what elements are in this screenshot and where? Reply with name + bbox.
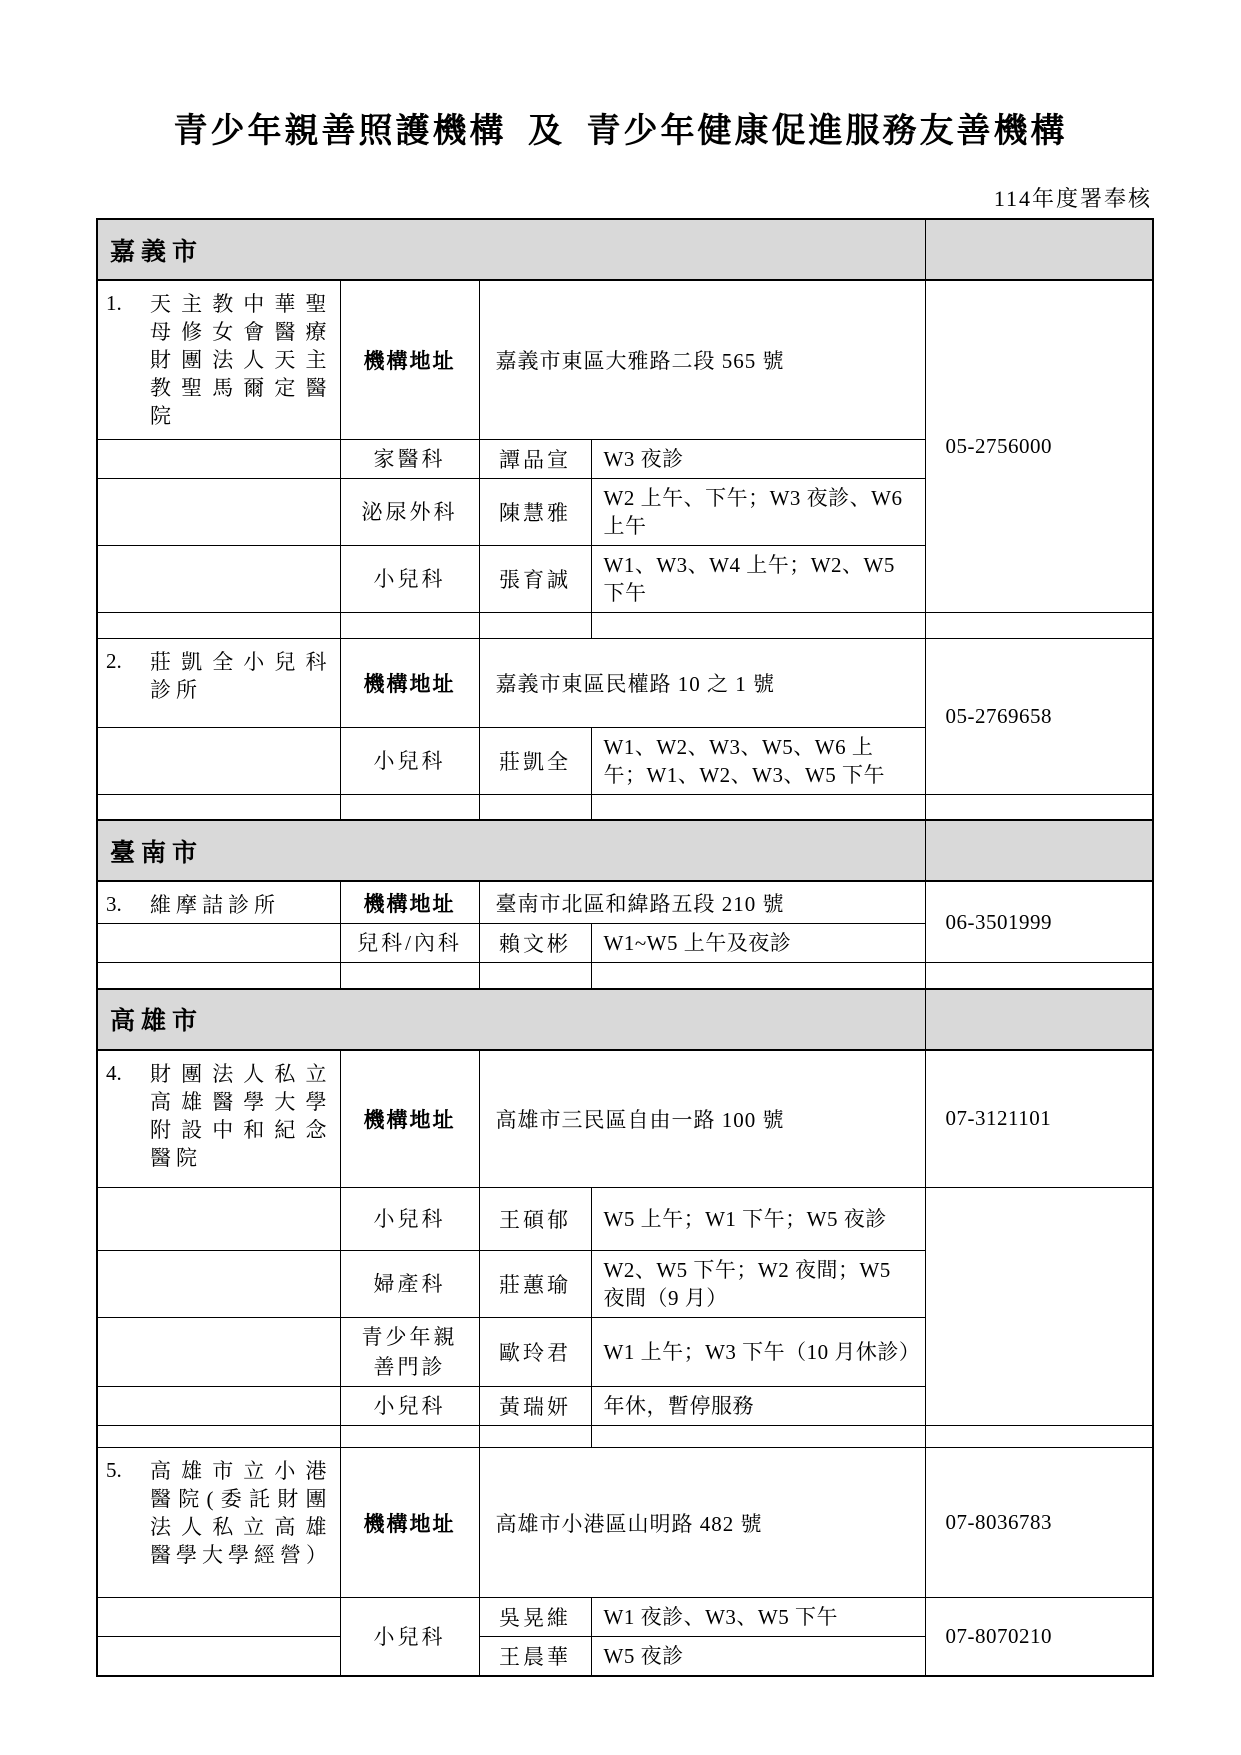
empty-cell [97,1251,340,1318]
empty-cell [591,963,925,989]
address-label-cell: 機構地址 [340,280,479,439]
doctor-cell: 譚品宣 [479,439,591,478]
department-cell: 兒科/內科 [340,924,479,963]
institution-name: 莊凱全小兒科診所 [150,648,334,704]
department-cell: 小兒科 [340,545,479,612]
empty-cell [97,612,340,638]
schedule-cell: W5 上午；W1 下午；W5 夜診 [591,1188,925,1251]
institution-number: 1. [106,290,150,430]
section-header-cell [925,820,1153,881]
doctor-cell: 莊蕙瑜 [479,1251,591,1318]
section-header-cell: 臺南市 [97,820,925,881]
empty-cell [97,924,340,963]
empty-cell [925,612,1153,638]
address-label-cell: 機構地址 [340,638,479,727]
doctor-cell: 陳慧雅 [479,478,591,545]
doctor-cell: 吳晃維 [479,1598,591,1637]
section-header-cell: 嘉義市 [97,219,925,280]
address-cell: 嘉義市東區大雅路二段 565 號 [479,280,925,439]
empty-cell [479,612,591,638]
empty-cell [97,545,340,612]
department-cell: 婦產科 [340,1251,479,1318]
empty-cell [97,727,340,794]
section-header-cell [925,989,1153,1050]
institution-number: 4. [106,1060,150,1172]
empty-cell [97,1426,340,1448]
empty-cell [591,794,925,820]
empty-cell [97,963,340,989]
institution-name: 財團法人私立高雄醫學大學附設中和紀念醫院 [150,1060,334,1172]
doctor-cell: 賴文彬 [479,924,591,963]
empty-cell [97,1188,340,1251]
doctor-cell: 黃瑞妍 [479,1387,591,1426]
institution-number: 5. [106,1457,150,1569]
empty-cell [925,963,1153,989]
schedule-cell: W2、W5 下午；W2 夜間；W5 夜間（9 月） [591,1251,925,1318]
schedule-cell: W1~W5 上午及夜診 [591,924,925,963]
phone-cell: 05-2756000 [925,280,1153,612]
empty-cell [340,612,479,638]
department-cell: 小兒科 [340,727,479,794]
address-label-cell: 機構地址 [340,1448,479,1598]
phone-cell [925,1188,1153,1426]
doctor-cell: 歐玲君 [479,1318,591,1387]
address-cell: 臺南市北區和緯路五段 210 號 [479,881,925,924]
phone-cell: 07-8036783 [925,1448,1153,1598]
empty-cell [97,1387,340,1426]
address-label-cell: 機構地址 [340,881,479,924]
institution-name-cell: 4.財團法人私立高雄醫學大學附設中和紀念醫院 [97,1050,340,1188]
institution-number: 2. [106,648,150,704]
empty-cell [97,478,340,545]
institution-name-cell: 2.莊凱全小兒科診所 [97,638,340,727]
address-label-cell: 機構地址 [340,1050,479,1188]
approval-note: 114年度署奉核 [994,182,1152,213]
table-body: 嘉義市1.天主教中華聖母修女會醫療財團法人天主教聖馬爾定醫院機構地址嘉義市東區大… [97,219,1153,1676]
institution-name: 高雄市立小港醫院(委託財團法人私立高雄醫學大學經營） [150,1457,334,1569]
schedule-cell: W5 夜診 [591,1637,925,1677]
department-cell: 家醫科 [340,439,479,478]
institution-name: 維摩詰診所 [150,891,334,919]
doctor-cell: 王晨華 [479,1637,591,1677]
schedule-cell: W1、W3、W4 上午；W2、W5 下午 [591,545,925,612]
empty-cell [340,794,479,820]
doctor-cell: 莊凱全 [479,727,591,794]
schedule-cell: W1 夜診、W3、W5 下午 [591,1598,925,1637]
empty-cell [925,1426,1153,1448]
empty-cell [479,1426,591,1448]
empty-cell [479,794,591,820]
empty-cell [479,963,591,989]
phone-cell: 06-3501999 [925,881,1153,963]
empty-cell [97,1598,340,1637]
department-cell: 泌尿外科 [340,478,479,545]
section-header-cell: 高雄市 [97,989,925,1050]
section-header-cell [925,219,1153,280]
phone-cell: 07-8070210 [925,1598,1153,1677]
department-cell: 小兒科 [340,1387,479,1426]
schedule-cell: W1、W2、W3、W5、W6 上午；W1、W2、W3、W5 下午 [591,727,925,794]
institution-name-cell: 5.高雄市立小港醫院(委託財團法人私立高雄醫學大學經營） [97,1448,340,1598]
doctor-cell: 王碩郁 [479,1188,591,1251]
address-cell: 高雄市三民區自由一路 100 號 [479,1050,925,1188]
department-cell: 小兒科 [340,1188,479,1251]
schedule-cell: W1 上午；W3 下午（10 月休診） [591,1318,925,1387]
empty-cell [97,794,340,820]
address-cell: 嘉義市東區民權路 10 之 1 號 [479,638,925,727]
document-title: 青少年親善照護機構 及 青少年健康促進服務友善機構 [0,103,1241,152]
empty-cell [591,612,925,638]
department-cell: 小兒科 [340,1598,479,1677]
empty-cell [97,1318,340,1387]
empty-cell [925,794,1153,820]
institutions-table: 嘉義市1.天主教中華聖母修女會醫療財團法人天主教聖馬爾定醫院機構地址嘉義市東區大… [96,218,1154,1677]
empty-cell [591,1426,925,1448]
doctor-cell: 張育誠 [479,545,591,612]
document-page: 青少年親善照護機構 及 青少年健康促進服務友善機構 114年度署奉核 嘉義市1.… [0,0,1241,1755]
schedule-cell: W3 夜診 [591,439,925,478]
phone-cell: 05-2769658 [925,638,1153,794]
schedule-cell: 年休，暫停服務 [591,1387,925,1426]
department-cell: 青少年親善門診 [340,1318,479,1387]
empty-cell [340,963,479,989]
institution-name-cell: 3.維摩詰診所 [97,881,340,924]
institution-name: 天主教中華聖母修女會醫療財團法人天主教聖馬爾定醫院 [150,290,334,430]
institution-number: 3. [106,891,150,919]
institution-name-cell: 1.天主教中華聖母修女會醫療財團法人天主教聖馬爾定醫院 [97,280,340,439]
schedule-cell: W2 上午、下午；W3 夜診、W6 上午 [591,478,925,545]
empty-cell [340,1426,479,1448]
empty-cell [97,439,340,478]
address-cell: 高雄市小港區山明路 482 號 [479,1448,925,1598]
phone-cell: 07-3121101 [925,1050,1153,1188]
empty-cell [97,1637,340,1677]
